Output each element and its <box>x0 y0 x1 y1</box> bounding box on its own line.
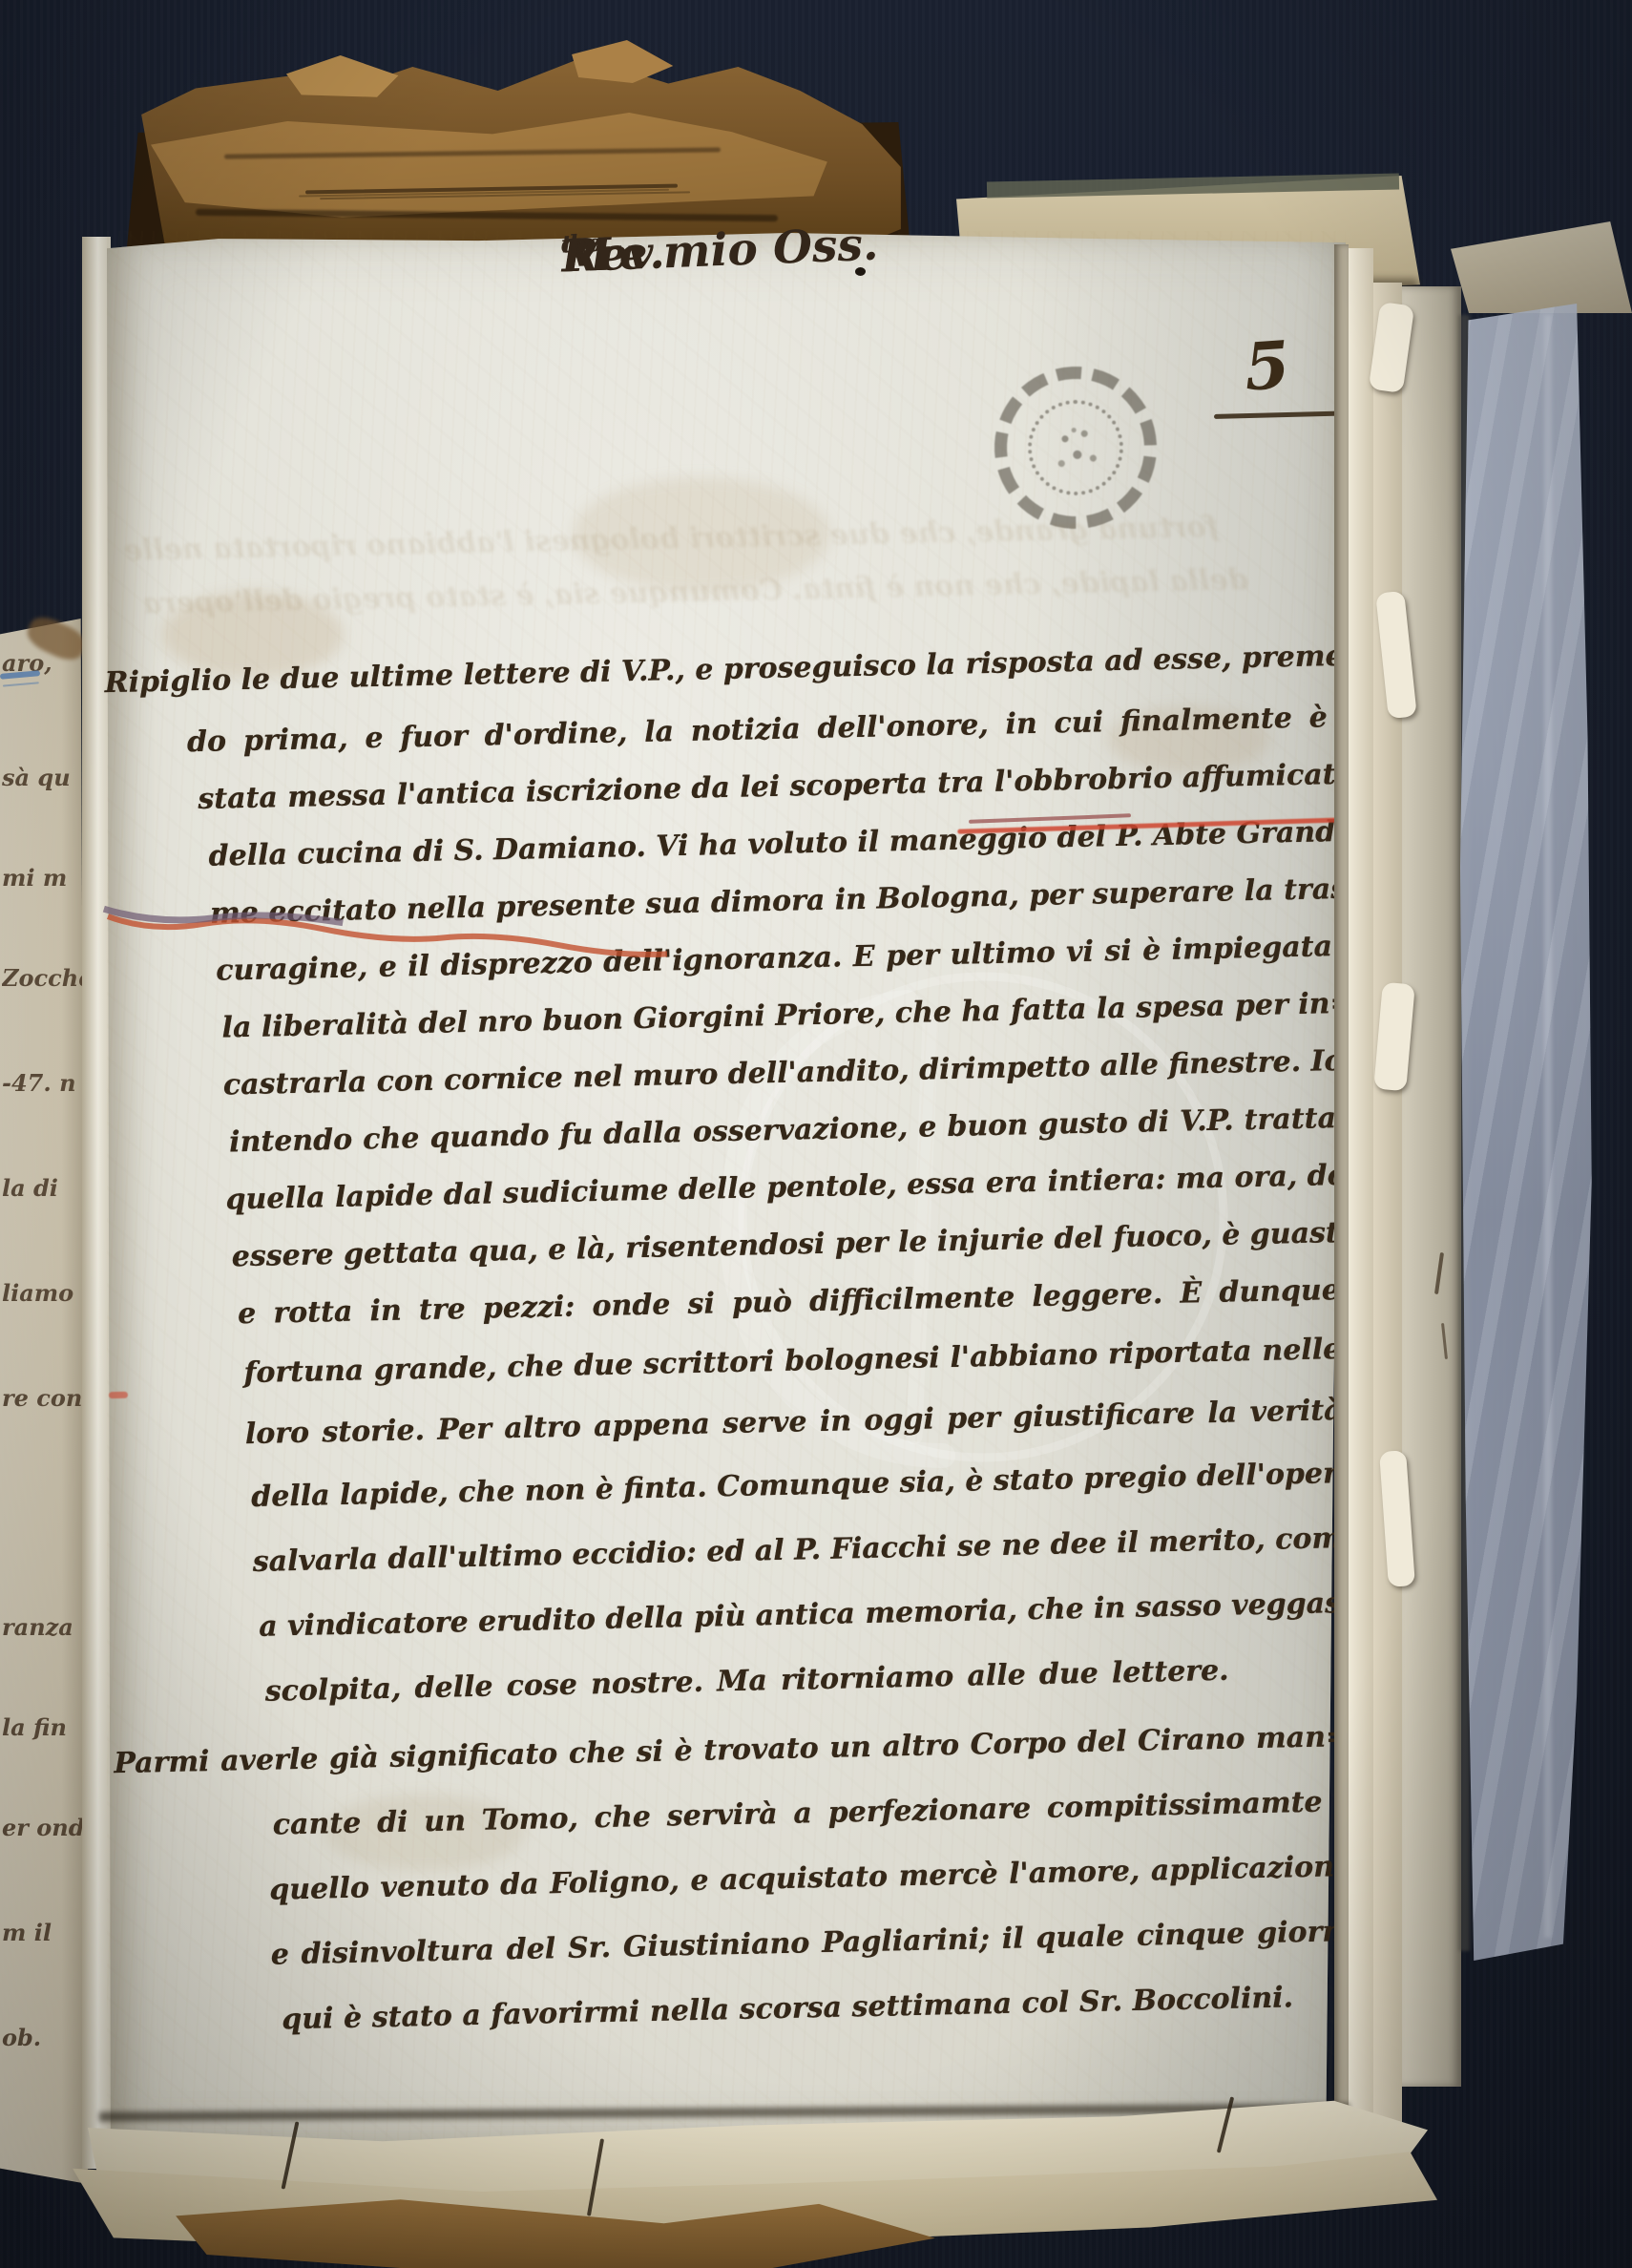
letter-line: e rotta in tre pezzi: onde si può diffic… <box>238 1271 1341 1335</box>
photograph-of-manuscript: aro, sà qu mi m Zocche -47. n la di liam… <box>0 0 1632 2268</box>
letter-line: intendo che quando fu dalla osservazione… <box>229 1100 1337 1164</box>
letter-line: della lapide, che non è finta. Comunque … <box>251 1455 1345 1519</box>
red-margin-tick <box>109 1392 128 1398</box>
letter-line: quello venuto da Foligno, e acquistato m… <box>269 1848 1353 1912</box>
page-edge-layer <box>1402 286 1461 2087</box>
page-edge-layer <box>1334 244 1349 2159</box>
letter-line: qui è stato a favorirmi nella scorsa set… <box>282 1979 1294 2041</box>
letter-line: castrarla con cornice nel muro dell'andi… <box>222 1042 1335 1106</box>
letter-line: a vindicatore erudito della più antica m… <box>259 1585 1348 1648</box>
show-through-text: fortuna grande, che due scrittori bologn… <box>168 511 1219 567</box>
letter-line: scolpita, delle cose nostre. Ma ritornia… <box>264 1652 1229 1713</box>
letter-line: fortuna grande, che due scrittori bologn… <box>243 1331 1342 1395</box>
letter-line: salvarla dall'ultimo eccidio: ed al P. F… <box>252 1520 1346 1584</box>
page-edge-layer <box>1373 283 1402 2131</box>
letter-line: Ripiglio le due ultime lettere di V.P., … <box>104 638 1327 704</box>
letter-line: e disinvoltura del Sr. Giustiniano Pagli… <box>270 1913 1354 1977</box>
letter-line: cante di un Tomo, che servirà a perfezio… <box>272 1784 1323 1847</box>
letter-line: Parmi averle già significato che si è tr… <box>114 1718 1350 1785</box>
letter-line: essere gettata qua, e là, risentendosi p… <box>231 1214 1339 1278</box>
letter-line: stata messa l'antica iscrizione da lei s… <box>198 756 1329 821</box>
letter-line: quella lapide dal sudiciume delle pentol… <box>225 1157 1338 1221</box>
tissue-fold-highlight <box>1544 315 1552 1938</box>
tissue-interleaf-sheet <box>1460 304 1596 1961</box>
page-edge-layer <box>1349 248 1373 2153</box>
letter-line: loro storie. Per altro appena serve in o… <box>244 1392 1343 1456</box>
letter-line: do prima, e fuor d'ordine, la notizia de… <box>187 699 1329 764</box>
wavy-red-purple-underline <box>90 873 779 1003</box>
show-through-text: della lapide, che non è finta. Comunque … <box>245 563 1248 619</box>
